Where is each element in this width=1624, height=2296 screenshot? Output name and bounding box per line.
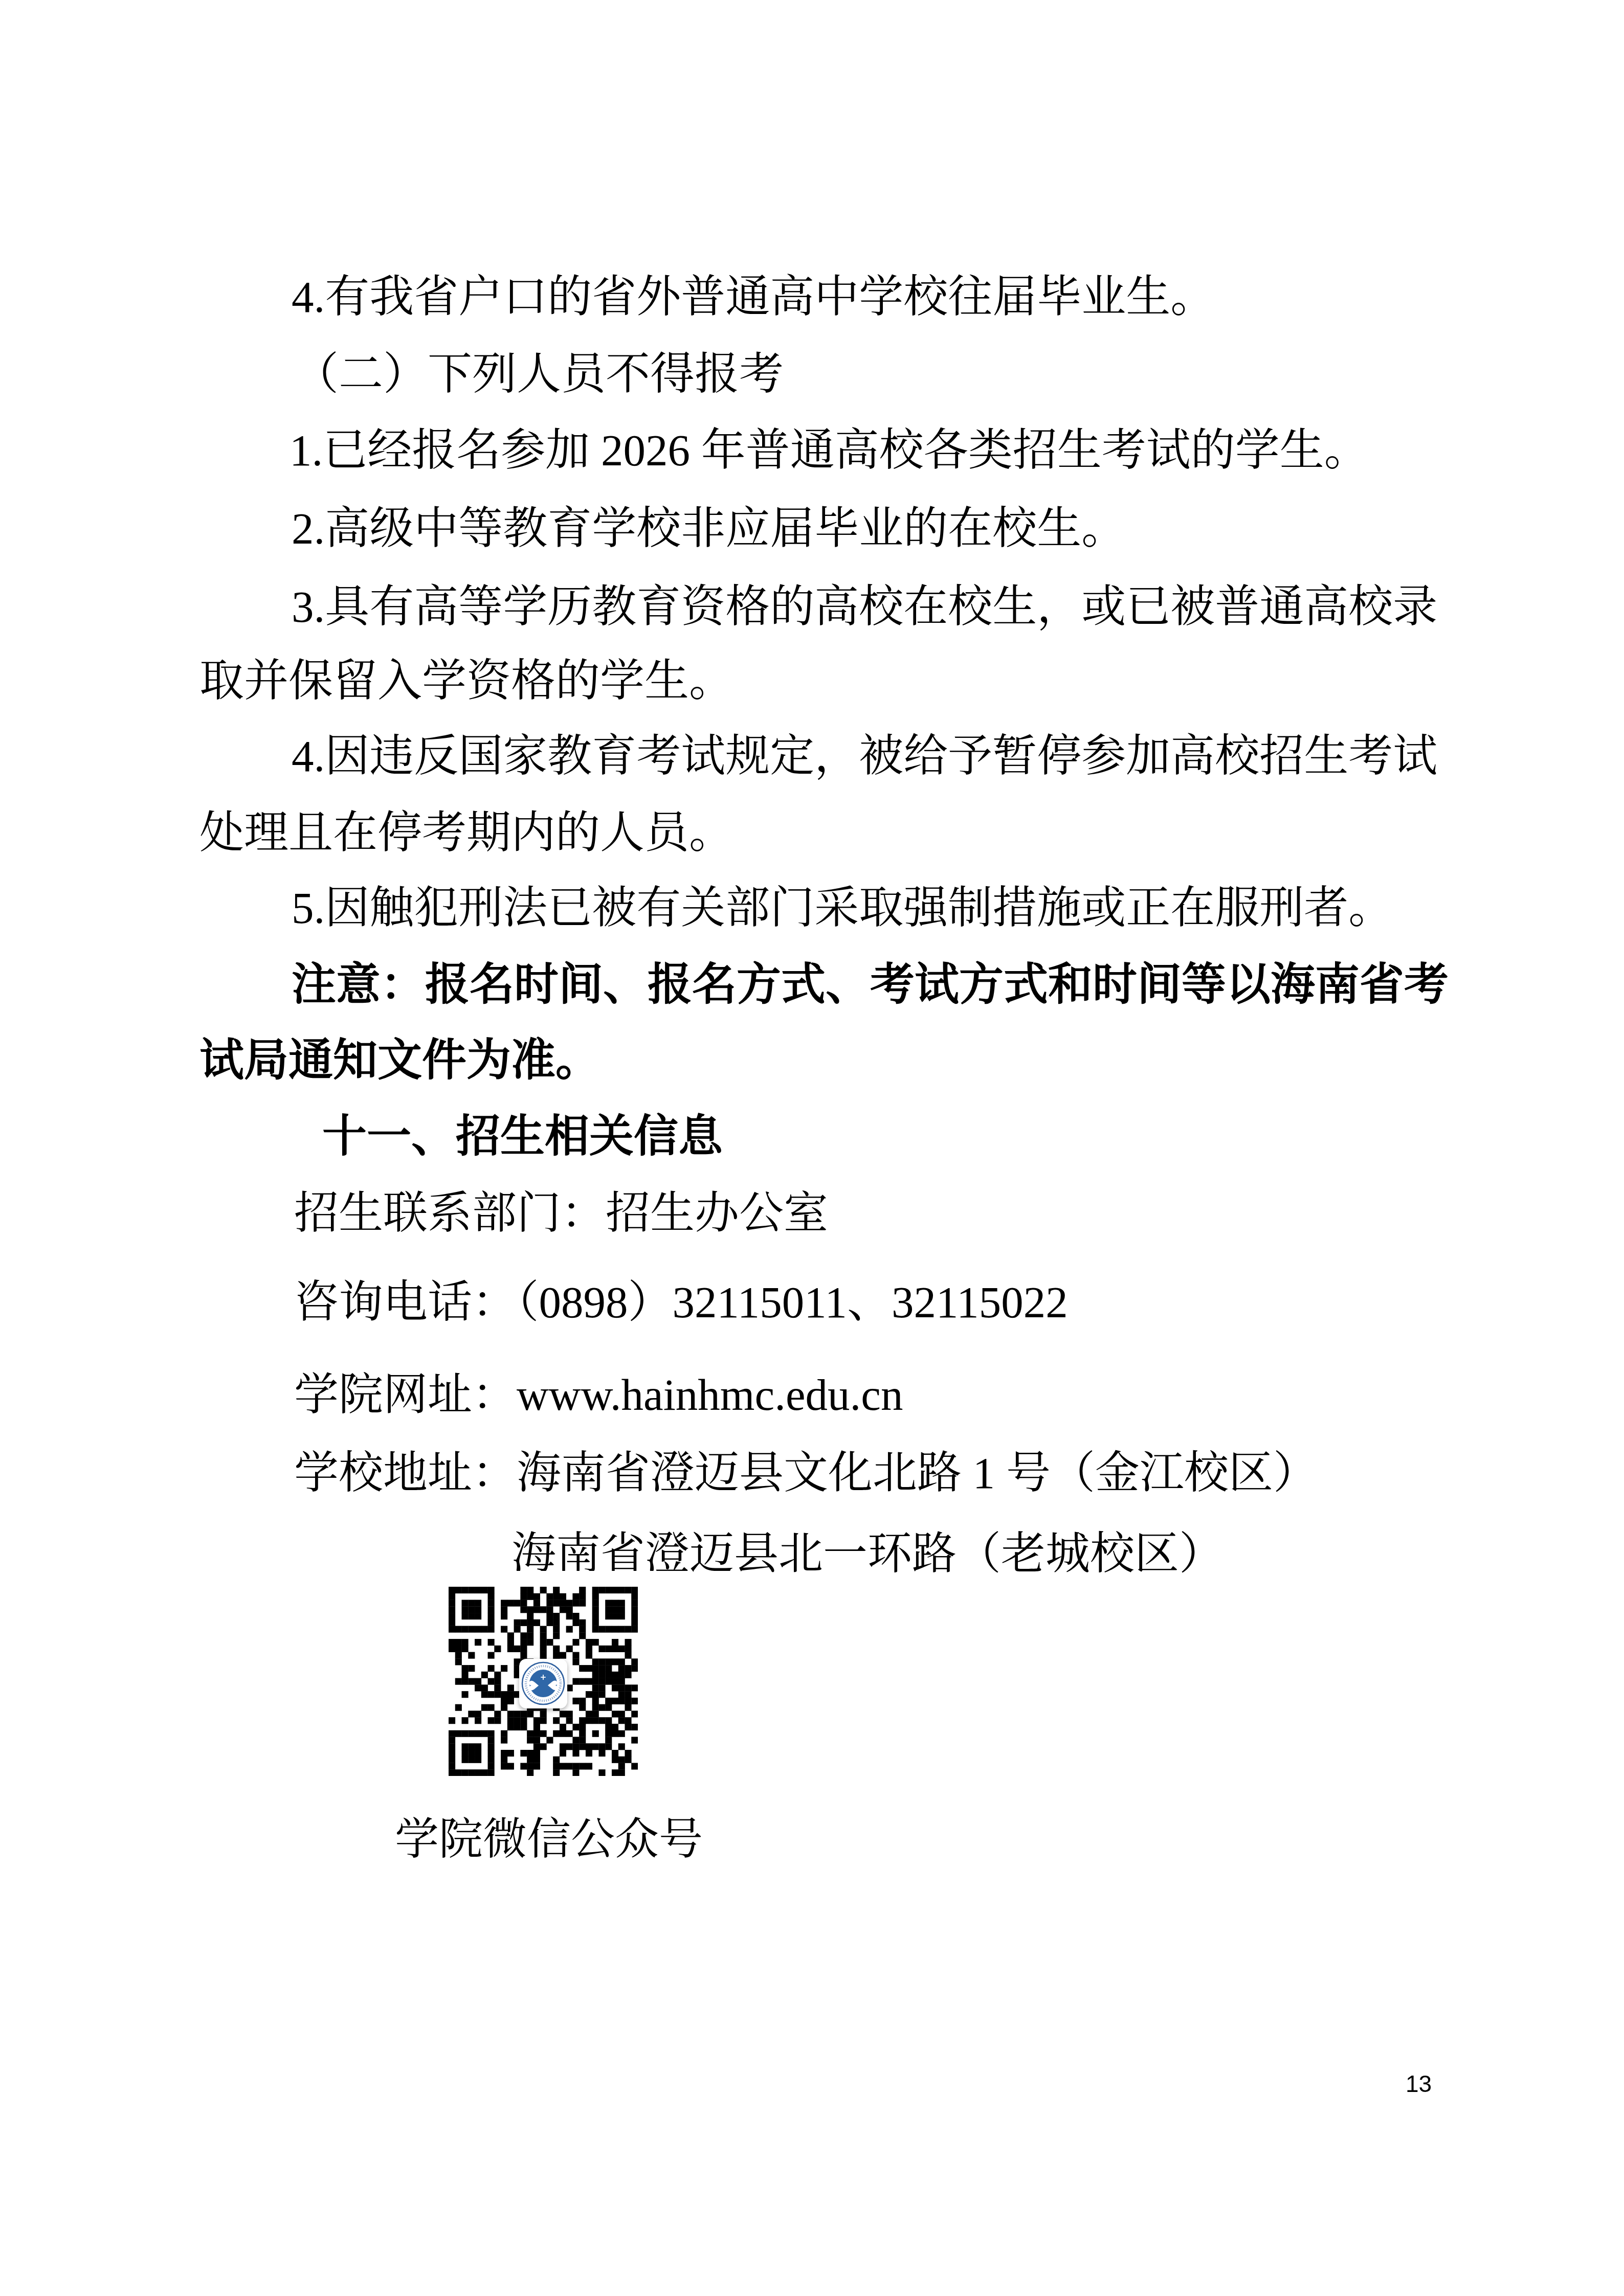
body-line: 5.因触犯刑法已被有关部门采取强制措施或正在服刑者。 bbox=[292, 884, 1393, 932]
address-line: 学校地址：海南省澄迈县文化北路 1 号（金江校区） bbox=[294, 1449, 1318, 1497]
section-heading: 十一、招生相关信息 bbox=[322, 1113, 723, 1161]
contact-phone-line: 咨询电话：（0898）32115011、32115022 bbox=[294, 1278, 1068, 1326]
college-emblem-icon: + ♥ ♥ bbox=[519, 1659, 567, 1708]
page-number: 13 bbox=[1406, 2070, 1432, 2098]
svg-text:♥: ♥ bbox=[544, 1679, 560, 1691]
qr-caption: 学院微信公众号 bbox=[395, 1815, 703, 1864]
body-line: 3.具有高等学历教育资格的高校在校生，或已被普通高校录 bbox=[292, 583, 1437, 631]
body-line: 2.高级中等教育学校非应届毕业的在校生。 bbox=[292, 505, 1126, 553]
notice-line: 注意：报名时间、报名方式、考试方式和时间等以海南省考 bbox=[292, 961, 1449, 1009]
body-line: 处理且在停考期内的人员。 bbox=[199, 809, 733, 857]
body-line: 4.因违反国家教育考试规定，被给予暂停参加高校招生考试 bbox=[292, 732, 1437, 780]
wechat-qr-code: + ♥ ♥ bbox=[432, 1571, 655, 1792]
notice-line: 试局通知文件为准。 bbox=[199, 1037, 600, 1085]
document-page: 4.有我省户口的省外普通高中学校往届毕业生。 （二）下列人员不得报考 1.已经报… bbox=[0, 0, 1624, 2296]
website-line: 学院网址：www.hainhmc.edu.cn bbox=[294, 1371, 903, 1419]
svg-text:♥: ♥ bbox=[527, 1679, 542, 1691]
body-line: 1.已经报名参加 2026 年普通高校各类招生考试的学生。 bbox=[290, 426, 1369, 475]
body-line: 取并保留入学资格的学生。 bbox=[199, 657, 733, 705]
subsection-heading: （二）下列人员不得报考 bbox=[294, 350, 784, 398]
body-line: 4.有我省户口的省外普通高中学校往届毕业生。 bbox=[292, 273, 1215, 321]
contact-department-line: 招生联系部门：招生办公室 bbox=[294, 1189, 828, 1237]
